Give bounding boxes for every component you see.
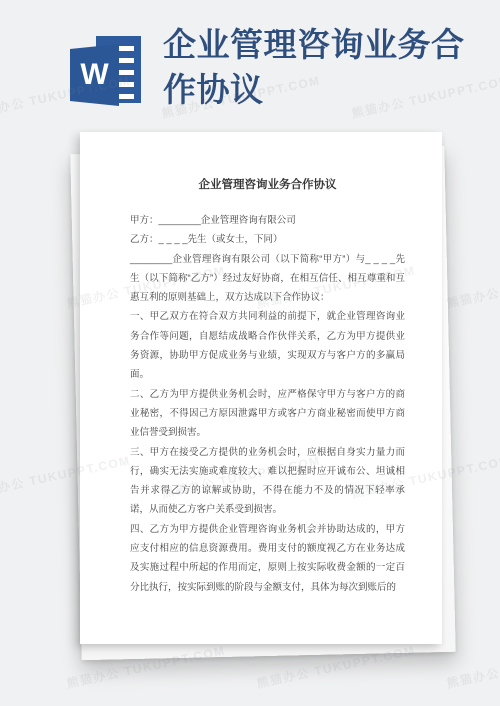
page-title: 企业管理咨询业务合作协议 [163, 22, 497, 112]
document-title: 企业管理咨询业务合作协议 [130, 176, 405, 195]
word-icon-letter-tile: W [70, 44, 119, 106]
word-icon-letter: W [80, 60, 108, 90]
watermark: 熊猫办公 TUKUPPT.COM [445, 261, 500, 311]
document-paragraph: 二、乙方为甲方提供业务机会时，应严格保守甲方与客户方的商业秘密，不得因己方原因泄… [130, 385, 405, 443]
header: W 企业管理咨询业务合作协议 [0, 0, 500, 125]
document-page: 企业管理咨询业务合作协议 甲方：________企业管理咨询有限公司乙方：_ _… [80, 132, 442, 644]
document-paragraph: 甲方：________企业管理咨询有限公司 [130, 211, 405, 230]
document-paragraph: 三、甲方在接受乙方提供的业务机会时，应根据自身实力量力而行，确实无法实施或难度较… [130, 443, 405, 520]
document-body: 甲方：________企业管理咨询有限公司乙方：_ _ _ _先生（或女士，下同… [130, 211, 405, 597]
document-paragraph: ________企业管理咨询有限公司（以下简称“甲方”）与_ _ _ _先生（以… [130, 250, 405, 308]
document-paragraph: 四、乙方为甲方提供企业管理咨询业务机会并协助达成的，甲方应支付相应的信息资源费用… [130, 520, 405, 597]
document-preview-image: W 企业管理咨询业务合作协议 企业管理咨询业务合作协议 甲方：________企… [0, 0, 500, 706]
document-paragraph: 乙方：_ _ _ _先生（或女士，下同） [130, 230, 405, 249]
document-paragraph: 一、甲乙双方在符合双方共同利益的前提下，就企业管理咨询业务合作等问题，自愿结成战… [130, 307, 405, 384]
word-icon: W [60, 30, 142, 106]
